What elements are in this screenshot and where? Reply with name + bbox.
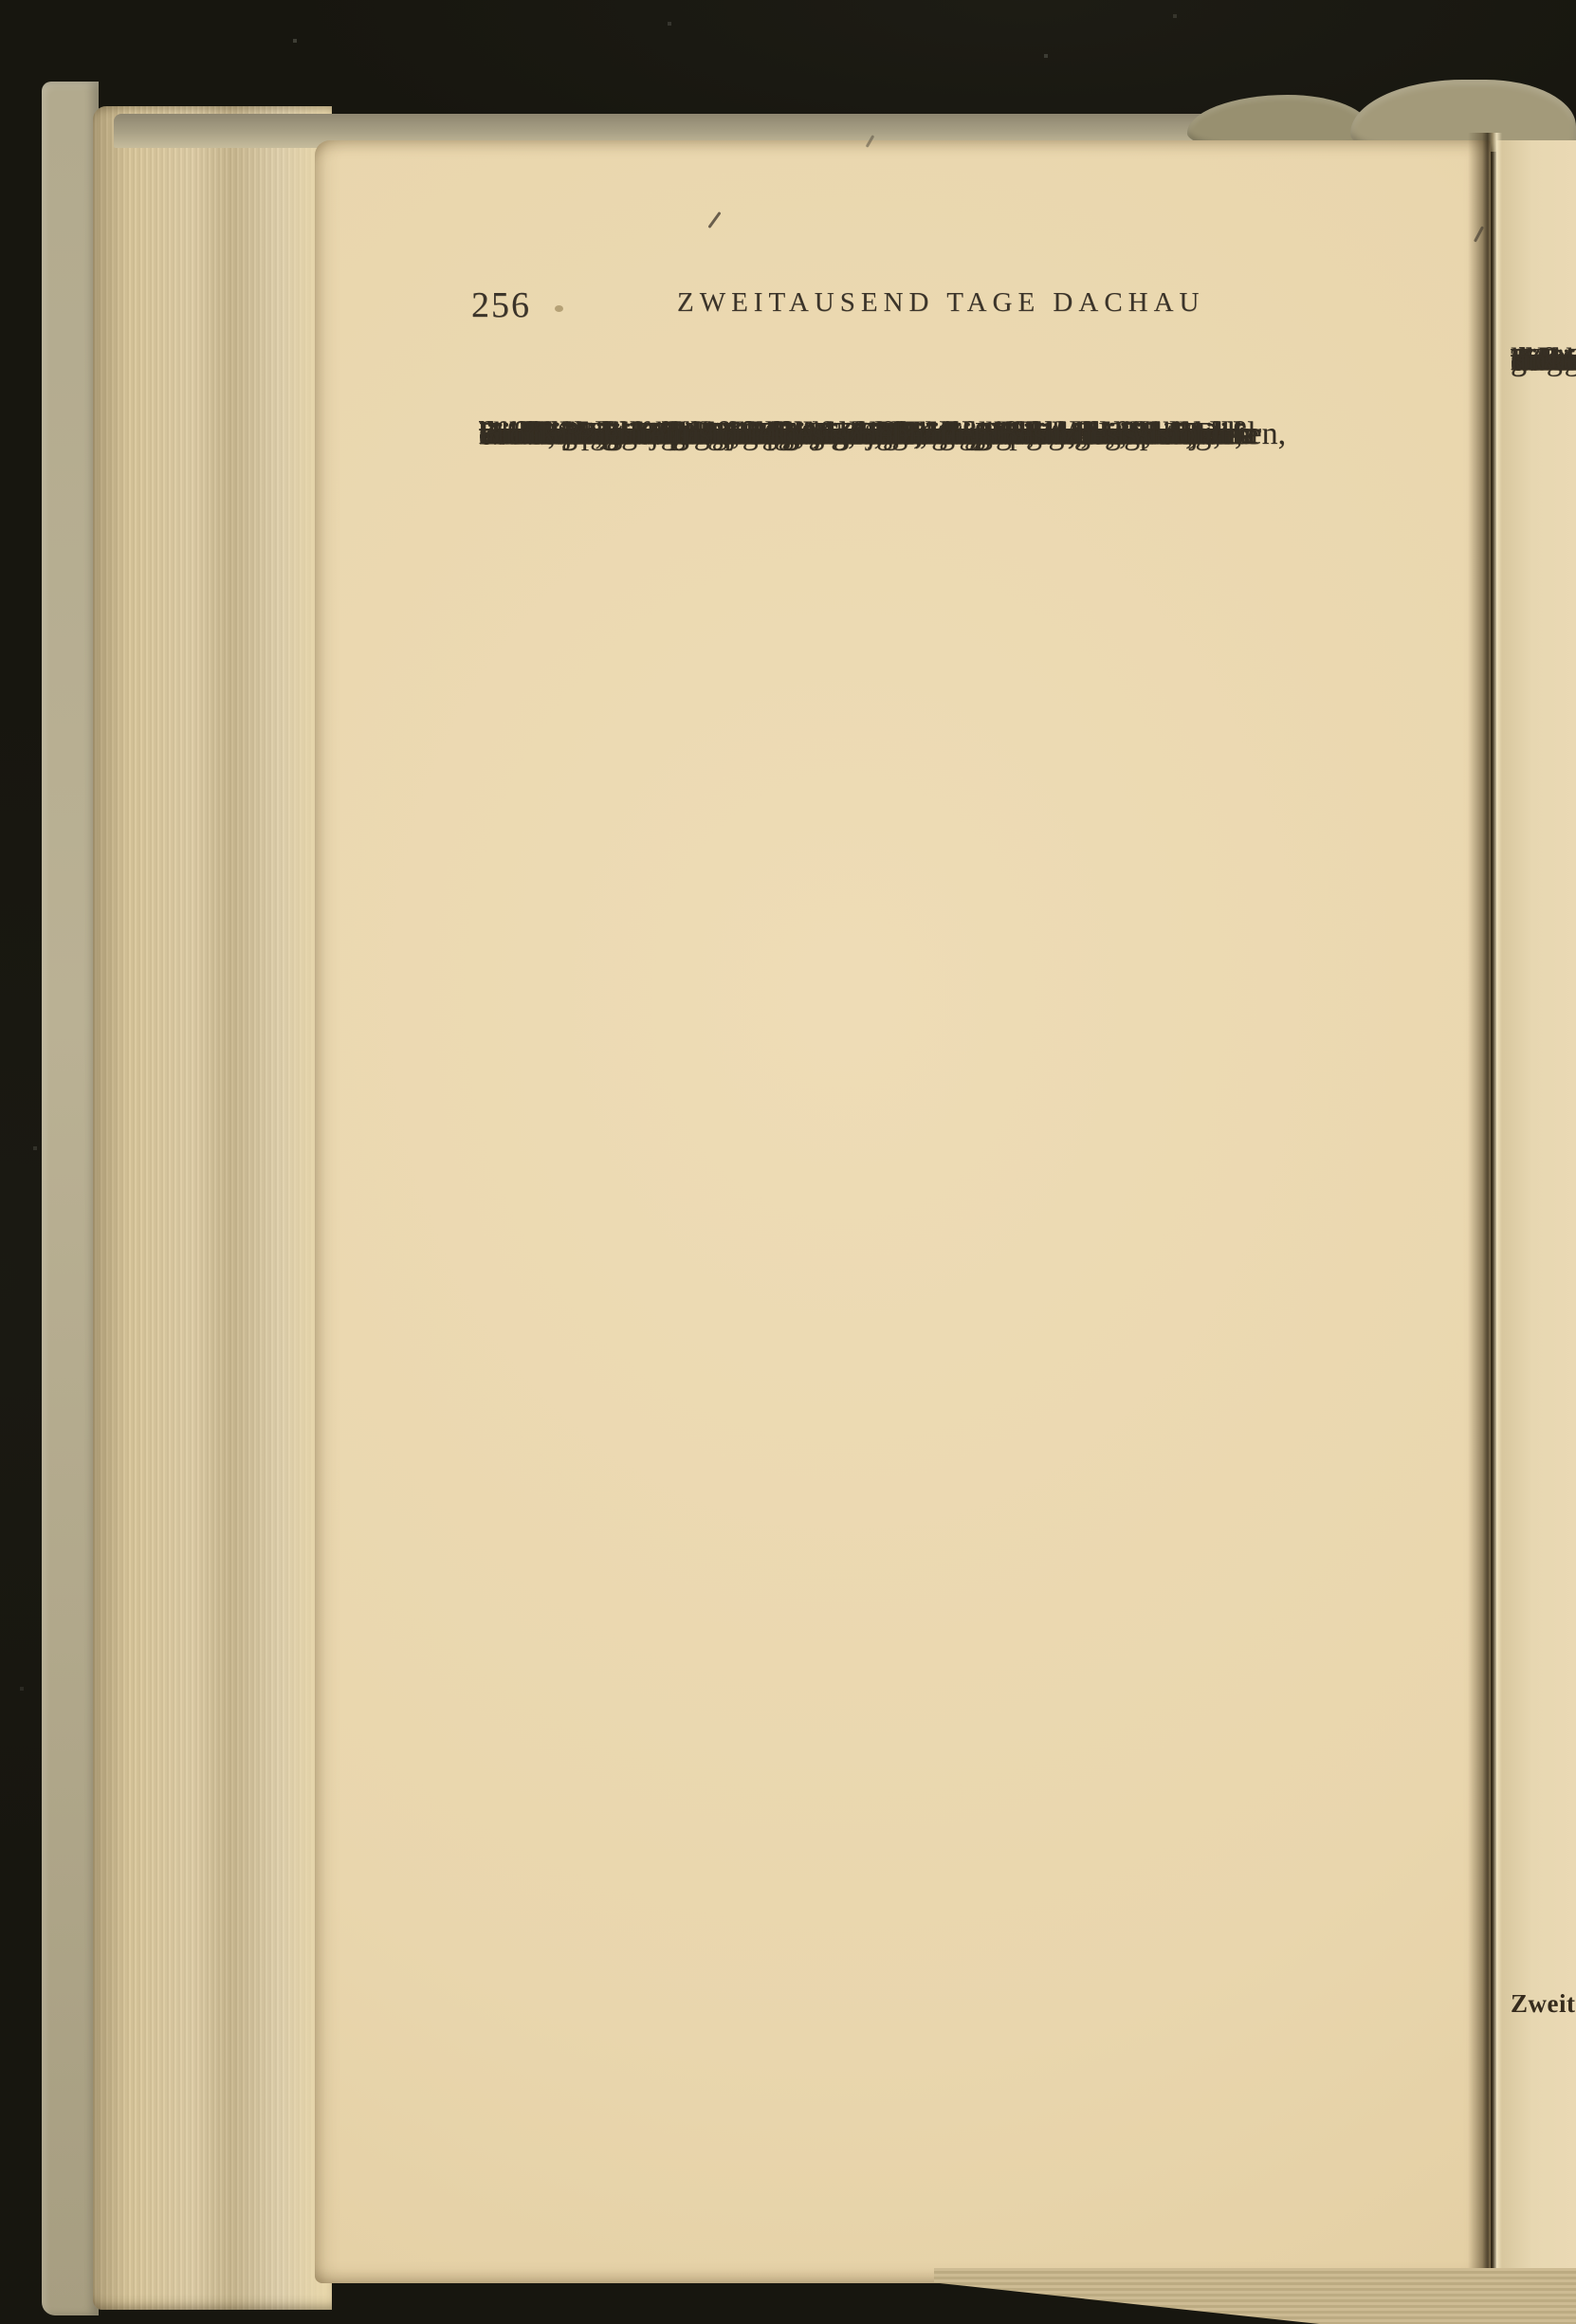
fore-edge-page-stack: [93, 106, 332, 2310]
book-cover-edge: [42, 82, 99, 2315]
running-header: ZWEITAUSEND TAGE DACHAU: [677, 287, 1205, 319]
paper-fleck: [555, 305, 563, 312]
signature-mark: Zweit: [1511, 1989, 1575, 2019]
page-number: 256: [471, 284, 531, 326]
book-photo: so etwwäre.Herzedas stInnervita iTod uSo…: [0, 0, 1576, 2324]
text-fragment-line: nicht: [1511, 337, 1575, 384]
right-page-sliver: so etwwäre.Herzedas stInnervita iTod uSo…: [1496, 140, 1576, 2324]
body-text-line: Block 32 erfreut sich eines so lebhaften…: [479, 412, 1258, 457]
dust-specks: [0, 0, 2, 2]
left-page: 256 ZWEITAUSEND TAGE DACHAU besonders ei…: [315, 140, 1491, 2283]
gutter-shadow: [1468, 133, 1502, 2324]
